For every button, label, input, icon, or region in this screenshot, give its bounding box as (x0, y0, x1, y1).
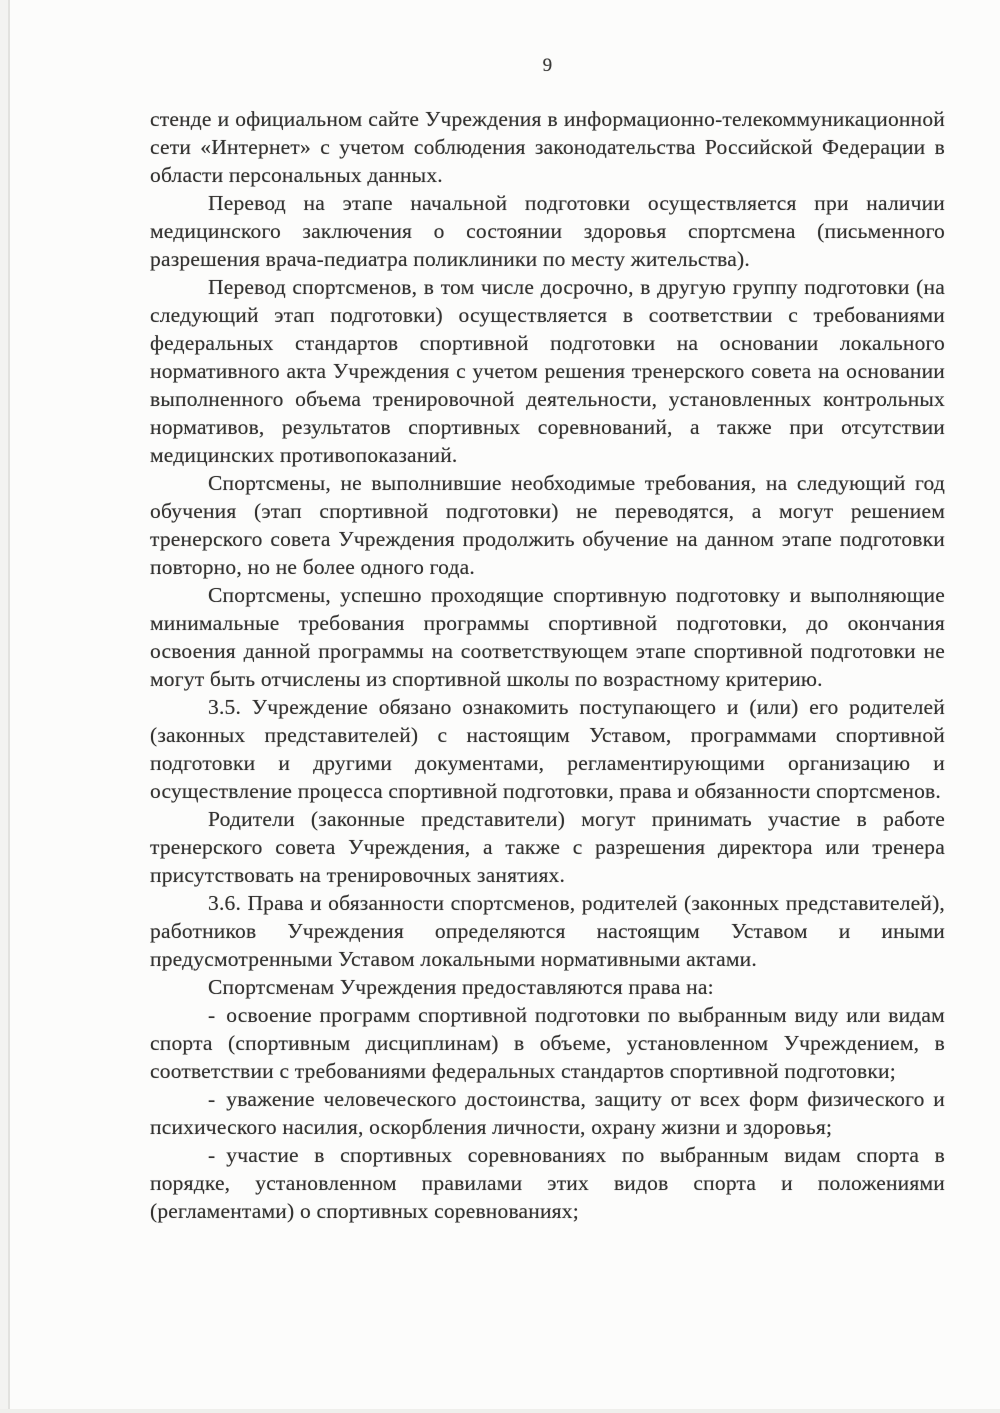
paragraph: - освоение программ спортивной подготовк… (150, 1001, 945, 1085)
paragraph: Спортсмены, успешно проходящие спортивну… (150, 581, 945, 693)
page-number: 9 (150, 55, 945, 77)
paragraph: 3.6. Права и обязанности спортсменов, ро… (150, 889, 945, 973)
scan-bottom-edge (0, 1409, 1000, 1413)
scan-left-edge-line (8, 0, 10, 1413)
paragraph: - участие в спортивных соревнованиях по … (150, 1141, 945, 1225)
document-page: 9 стенде и официальном сайте Учреждения … (0, 0, 1000, 1413)
paragraph: Перевод спортсменов, в том числе досрочн… (150, 273, 945, 469)
paragraph: Спортсменам Учреждения предоставляются п… (150, 973, 945, 1001)
scan-left-edge (0, 0, 8, 1413)
paragraph: Родители (законные представители) могут … (150, 805, 945, 889)
paragraph: - уважение человеческого достоинства, за… (150, 1085, 945, 1141)
paragraph: Спортсмены, не выполнившие необходимые т… (150, 469, 945, 581)
document-body: 9 стенде и официальном сайте Учреждения … (150, 55, 945, 1225)
paragraph-list: стенде и официальном сайте Учреждения в … (150, 105, 945, 1225)
paragraph: стенде и официальном сайте Учреждения в … (150, 105, 945, 189)
paragraph: 3.5. Учреждение обязано ознакомить посту… (150, 693, 945, 805)
paragraph: Перевод на этапе начальной подготовки ос… (150, 189, 945, 273)
